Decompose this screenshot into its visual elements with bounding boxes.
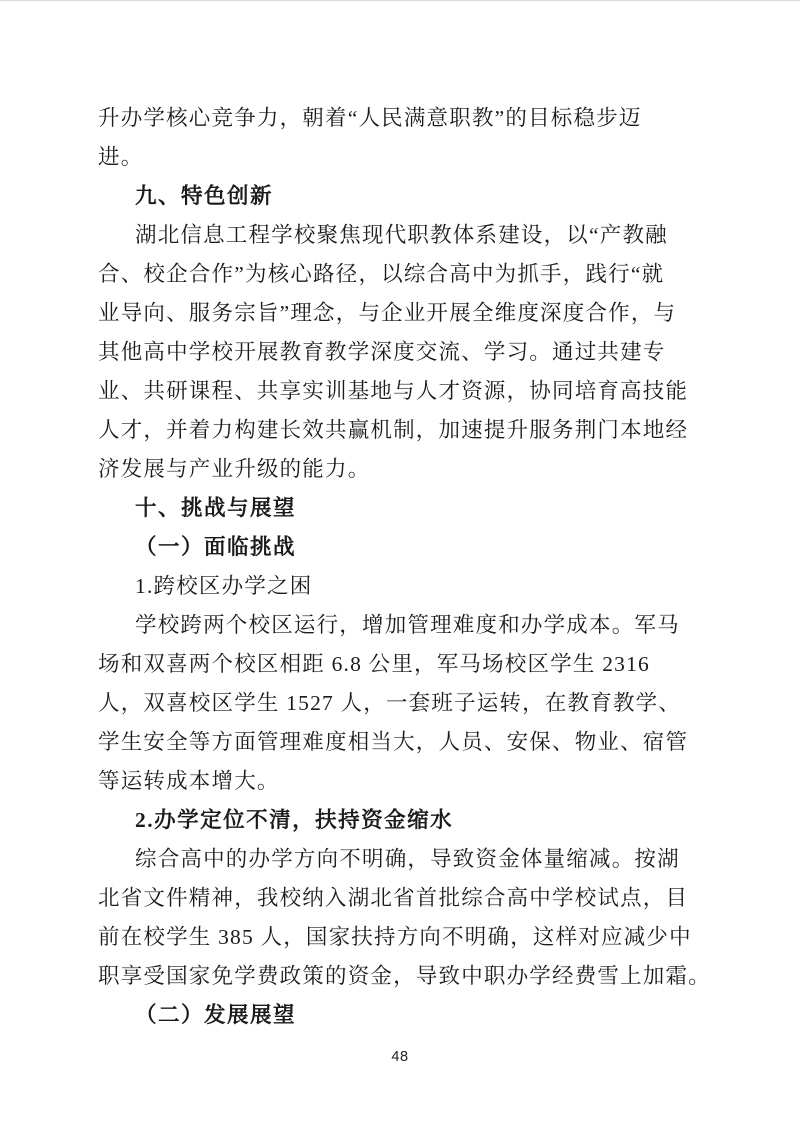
text-block: 升办学核心竞争力，朝着“人民满意职教”的目标稳步迈 进。 九、特色创新 湖北信息…	[98, 99, 706, 1035]
body-line: 人，双喜校区学生 1527 人，一套班子运转，在教育教学、	[98, 684, 706, 723]
heading-sub-2-development-outlook: （二）发展展望	[98, 996, 706, 1035]
body-line: 济发展与产业升级的能力。	[98, 450, 706, 489]
body-line: 职享受国家免学费政策的资金，导致中职办学经费雪上加霜。	[98, 957, 706, 996]
body-line: 北省文件精神，我校纳入湖北省首批综合高中学校试点，目	[98, 879, 706, 918]
body-line: 场和双喜两个校区相距 6.8 公里，军马场校区学生 2316	[98, 645, 706, 684]
body-line: 业导向、服务宗旨”理念，与企业开展全维度深度合作，与	[98, 294, 706, 333]
page-number: 48	[0, 1049, 800, 1065]
heading-section-10-challenges-outlook: 十、挑战与展望	[98, 489, 706, 528]
heading-item-2-funding-shrinkage: 2.办学定位不清，扶持资金缩水	[98, 801, 706, 840]
body-line: 人才，并着力构建长效共赢机制，加速提升服务荆门本地经	[98, 411, 706, 450]
heading-item-1-cross-campus-difficulty: 1.跨校区办学之困	[98, 567, 706, 606]
body-line: 其他高中学校开展教育教学深度交流、学习。通过共建专	[98, 333, 706, 372]
body-line: 业、共研课程、共享实训基地与人才资源，协同培育高技能	[98, 372, 706, 411]
body-line: 学校跨两个校区运行，增加管理难度和办学成本。军马	[98, 606, 706, 645]
body-line: 湖北信息工程学校聚焦现代职教体系建设，以“产教融	[98, 216, 706, 255]
body-line: 前在校学生 385 人，国家扶持方向不明确，这样对应减少中	[98, 918, 706, 957]
body-line: 升办学核心竞争力，朝着“人民满意职教”的目标稳步迈	[98, 99, 706, 138]
body-line: 进。	[98, 138, 706, 177]
heading-section-9-special-innovation: 九、特色创新	[98, 177, 706, 216]
body-line: 学生安全等方面管理难度相当大，人员、安保、物业、宿管	[98, 723, 706, 762]
document-page: { "page": { "number": "48" }, "content":…	[0, 0, 800, 1132]
body-line: 综合高中的办学方向不明确，导致资金体量缩减。按湖	[98, 840, 706, 879]
heading-sub-1-facing-challenges: （一）面临挑战	[98, 528, 706, 567]
body-line: 等运转成本增大。	[98, 762, 706, 801]
body-line: 合、校企合作”为核心路径，以综合高中为抓手，践行“就	[98, 255, 706, 294]
